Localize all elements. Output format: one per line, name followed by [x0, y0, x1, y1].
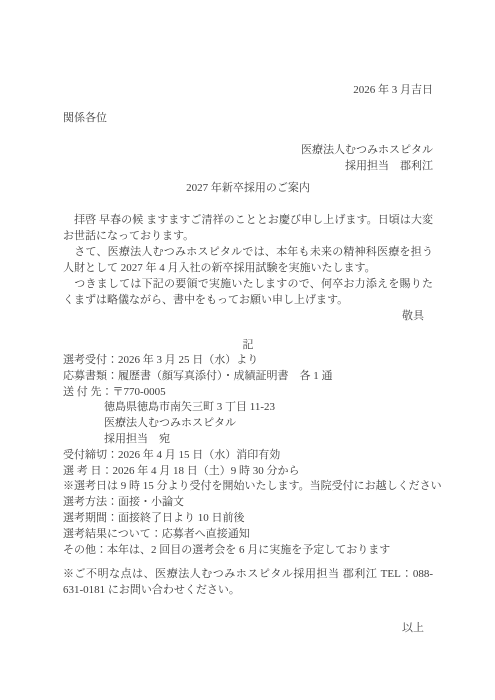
sender-block: 医療法人むつみホスピタル 採用担当 郡利江: [63, 142, 433, 174]
detail-line: 選 考 日：2026 年 4 月 18 日（土）9 時 30 分から: [63, 464, 433, 480]
body-paragraph: さて、医療法人むつみホスピタルでは、本年も未来の精神科医療を担う人財として 20…: [63, 244, 433, 276]
recipient-line: 関係各位: [63, 110, 433, 126]
detail-line: 受付締切：2026 年 4 月 15 日（水）消印有効: [63, 448, 433, 464]
detail-line: 医療法人むつみホスピタル: [63, 416, 433, 432]
document-date: 2026 年 3 月吉日: [63, 82, 433, 98]
footer-ijou: 以上: [63, 620, 433, 636]
inquiry-note: ※ご不明な点は、医療法人むつみホスピタル採用担当 郡利江 TEL：088-631…: [63, 566, 433, 598]
document-title: 2027 年新卒採用のご案内: [63, 180, 433, 196]
detail-line: 選考受付：2026 年 3 月 25 日（水）より: [63, 353, 433, 369]
record-heading: 記: [63, 337, 433, 353]
sender-contact: 採用担当 郡利江: [63, 158, 433, 174]
details-list: 選考受付：2026 年 3 月 25 日（水）より応募書類：履歴書（顔写真添付）…: [63, 353, 433, 558]
detail-line: ※選考日は 9 時 15 分より受付を開始いたします。当院受付にお越しください: [63, 479, 433, 495]
detail-line: 選考方法：面接・小論文: [63, 495, 433, 511]
detail-line: 徳島県徳島市南矢三町 3 丁目 11-23: [63, 400, 433, 416]
closing-keigu: 敬具: [63, 308, 433, 324]
detail-line: 選考期間：面接終了日より 10 日前後: [63, 511, 433, 527]
sender-company: 医療法人むつみホスピタル: [63, 142, 433, 158]
body-paragraphs: 拝啓 早春の候 ますますご清祥のこととお慶び申し上げます。日頃は大変お世話になっ…: [63, 212, 433, 308]
document-page: 2026 年 3 月吉日 関係各位 医療法人むつみホスピタル 採用担当 郡利江 …: [0, 0, 495, 700]
body-paragraph: 拝啓 早春の候 ますますご清祥のこととお慶び申し上げます。日頃は大変お世話になっ…: [63, 212, 433, 244]
detail-line: その他：本年は、2 回目の選考会を 6 月に実施を予定しております: [63, 543, 433, 559]
detail-line: 選考結果について：応募者へ直接通知: [63, 527, 433, 543]
body-paragraph: つきましては下記の要領で実施いたしますので、何卒お力添えを賜りたくまずは略儀なが…: [63, 276, 433, 308]
detail-line: 応募書類：履歴書（顔写真添付）・成績証明書 各 1 通: [63, 369, 433, 385]
detail-line: 採用担当 宛: [63, 432, 433, 448]
detail-line: 送 付 先：〒770-0005: [63, 385, 433, 401]
